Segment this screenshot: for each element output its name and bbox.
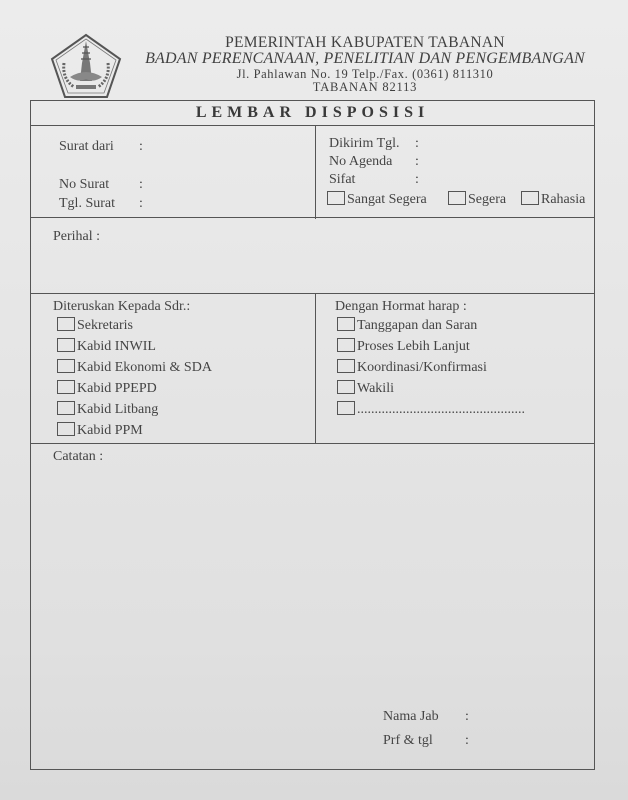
prf-tgl-label: Prf & tgl <box>383 733 433 749</box>
colon: : <box>415 154 419 170</box>
instruction-item[interactable]: Wakili <box>337 380 394 397</box>
nama-jab-label: Nama Jab <box>383 709 439 725</box>
checkbox[interactable] <box>57 359 75 373</box>
colon: : <box>465 733 469 749</box>
option-segera[interactable]: Segera <box>448 191 506 208</box>
instruction-item-label: Tanggapan dan Saran <box>357 318 477 333</box>
option-rahasia[interactable]: Rahasia <box>521 191 585 208</box>
checkbox[interactable] <box>337 380 355 394</box>
dikirim-tgl-label: Dikirim Tgl. <box>329 136 400 152</box>
option-label: Rahasia <box>541 192 585 207</box>
option-label: Sangat Segera <box>347 192 427 207</box>
agency-city: TABANAN 82113 <box>130 80 600 95</box>
instruction-item[interactable]: Proses Lebih Lanjut <box>337 338 470 355</box>
colon: : <box>415 172 419 188</box>
harap-label: Dengan Hormat harap : <box>335 299 467 315</box>
instruction-item[interactable]: Tanggapan dan Saran <box>337 317 477 334</box>
instruction-item-label: Wakili <box>357 381 394 396</box>
option-sangat-segera[interactable]: Sangat Segera <box>327 191 427 208</box>
divider <box>315 293 316 444</box>
instruction-item[interactable]: Koordinasi/Konfirmasi <box>337 359 487 376</box>
no-agenda-label: No Agenda <box>329 154 392 170</box>
recipient-item[interactable]: Sekretaris <box>57 317 133 334</box>
recipient-item-label: Kabid Ekonomi & SDA <box>77 360 212 375</box>
divider <box>31 217 594 218</box>
checkbox[interactable] <box>327 191 345 205</box>
recipient-item[interactable]: Kabid PPM <box>57 422 143 439</box>
checkbox[interactable] <box>521 191 539 205</box>
disposition-form: LEMBAR DISPOSISI Surat dari : No Surat :… <box>30 100 595 770</box>
instruction-item-label: ........................................… <box>357 402 525 417</box>
checkbox[interactable] <box>337 317 355 331</box>
option-label: Segera <box>468 192 506 207</box>
instruction-item[interactable]: ........................................… <box>337 401 525 418</box>
form-title: LEMBAR DISPOSISI <box>31 101 594 126</box>
checkbox[interactable] <box>57 317 75 331</box>
recipient-item-label: Kabid PPM <box>77 423 143 438</box>
checkbox[interactable] <box>57 380 75 394</box>
recipient-item-label: Kabid INWIL <box>77 339 156 354</box>
perihal-label: Perihal : <box>53 229 100 245</box>
recipient-item[interactable]: Kabid Ekonomi & SDA <box>57 359 212 376</box>
recipient-item[interactable]: Kabid INWIL <box>57 338 156 355</box>
paper-sheet: PEMERINTAH KABUPATEN TABANAN BADAN PEREN… <box>0 0 628 800</box>
recipient-item[interactable]: Kabid Litbang <box>57 401 158 418</box>
divider <box>315 125 316 219</box>
recipient-item[interactable]: Kabid PPEPD <box>57 380 157 397</box>
instruction-item-label: Koordinasi/Konfirmasi <box>357 360 487 375</box>
checkbox[interactable] <box>448 191 466 205</box>
sifat-label: Sifat <box>329 172 355 188</box>
recipient-item-label: Sekretaris <box>77 318 133 333</box>
colon: : <box>139 177 143 193</box>
diteruskan-label: Diteruskan Kepada Sdr.: <box>53 299 190 315</box>
recipient-item-label: Kabid PPEPD <box>77 381 157 396</box>
catatan-label: Catatan : <box>53 449 103 465</box>
no-surat-label: No Surat <box>59 177 109 193</box>
divider <box>31 443 594 444</box>
regency-emblem-icon <box>50 33 122 99</box>
colon: : <box>465 709 469 725</box>
checkbox[interactable] <box>337 401 355 415</box>
checkbox[interactable] <box>57 338 75 352</box>
instruction-item-label: Proses Lebih Lanjut <box>357 339 470 354</box>
checkbox[interactable] <box>57 422 75 436</box>
checkbox[interactable] <box>57 401 75 415</box>
recipient-item-label: Kabid Litbang <box>77 402 158 417</box>
colon: : <box>139 139 143 155</box>
agency-name: BADAN PERENCANAAN, PENELITIAN DAN PENGEM… <box>130 50 600 68</box>
checkbox[interactable] <box>337 359 355 373</box>
tgl-surat-label: Tgl. Surat <box>59 196 115 212</box>
colon: : <box>415 136 419 152</box>
surat-dari-label: Surat dari <box>59 139 114 155</box>
colon: : <box>139 196 143 212</box>
checkbox[interactable] <box>337 338 355 352</box>
divider <box>31 293 594 294</box>
